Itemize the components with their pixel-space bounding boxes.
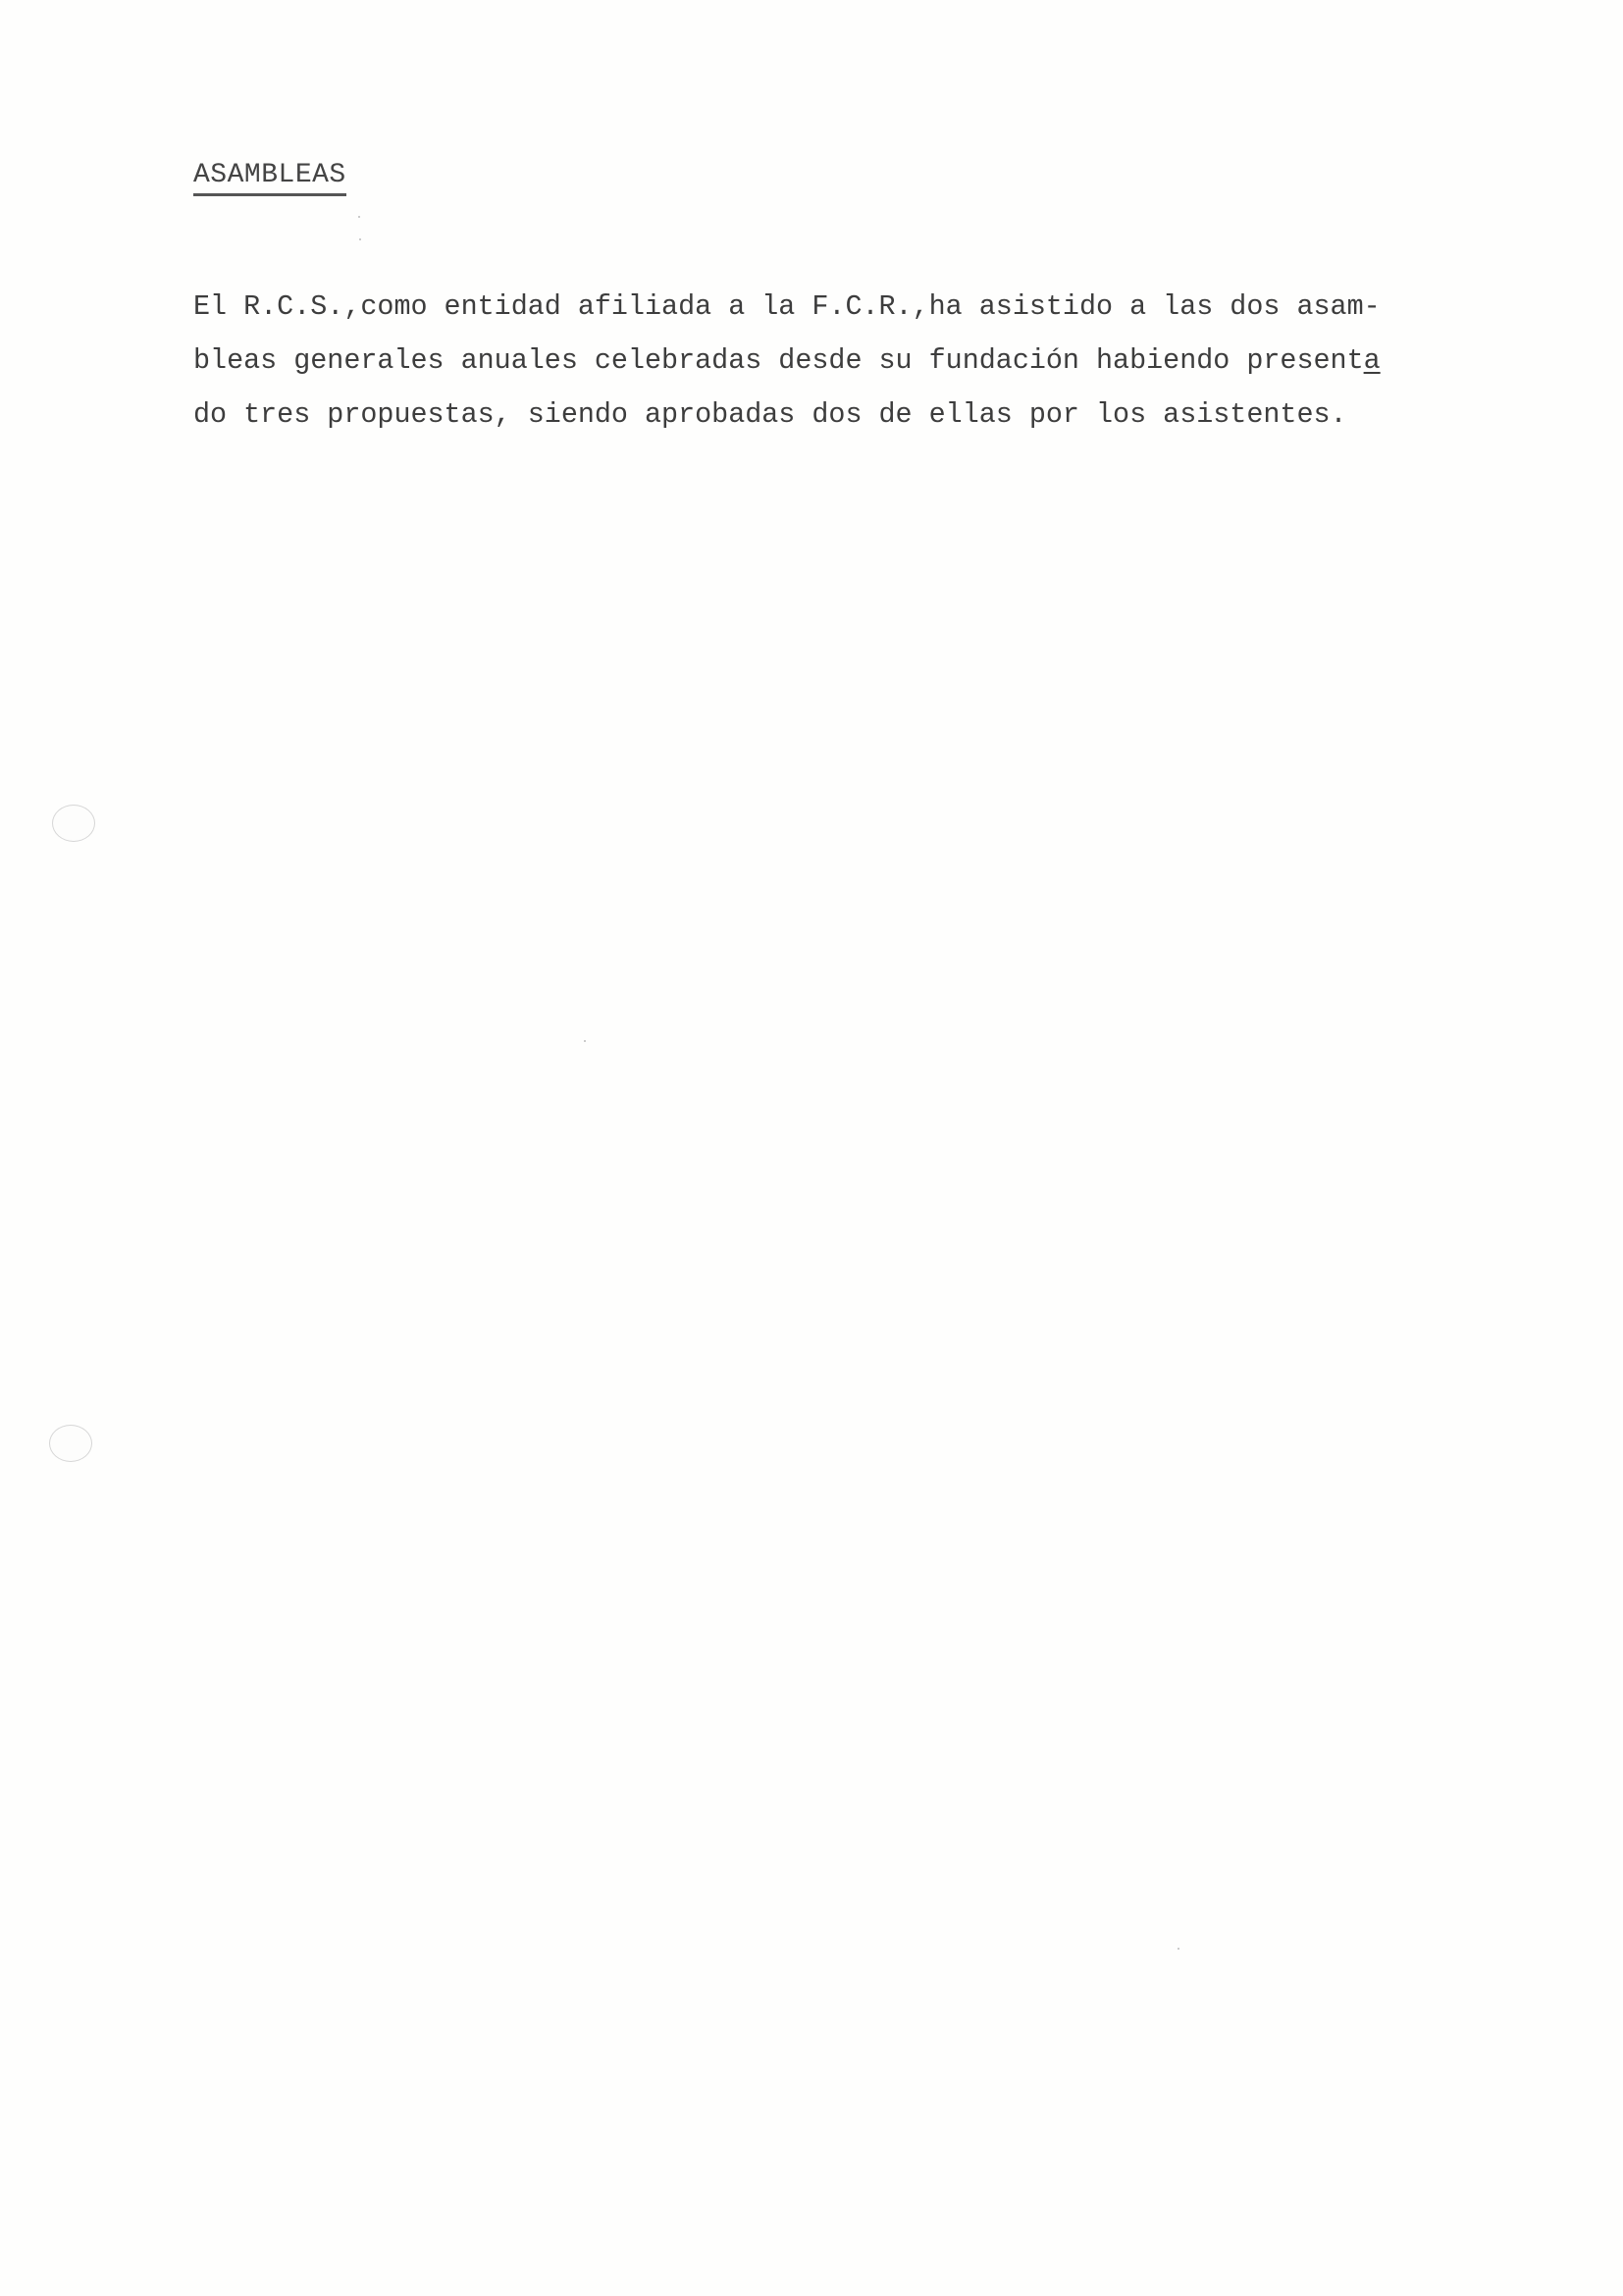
punch-hole-bottom	[49, 1425, 92, 1462]
paper-speck	[359, 238, 361, 240]
paper-speck	[1178, 1948, 1179, 1950]
body-paragraph: El R.C.S.,como entidad afiliada a la F.C…	[193, 280, 1469, 442]
paragraph-line-1: El R.C.S.,como entidad afiliada a la F.C…	[193, 280, 1469, 334]
paper-speck	[584, 1040, 586, 1042]
paragraph-line-3: do tres propuestas, siendo aprobadas dos…	[193, 388, 1469, 442]
typewritten-page: ASAMBLEAS El R.C.S.,como entidad afiliad…	[0, 0, 1623, 2296]
paragraph-line-2: bleas generales anuales celebradas desde…	[193, 334, 1469, 388]
paper-speck	[358, 216, 360, 218]
paragraph-line-2-text: bleas generales anuales celebradas desde…	[193, 344, 1364, 377]
section-heading: ASAMBLEAS	[193, 161, 346, 196]
underlined-character: a	[1364, 344, 1381, 377]
punch-hole-top	[52, 805, 95, 842]
